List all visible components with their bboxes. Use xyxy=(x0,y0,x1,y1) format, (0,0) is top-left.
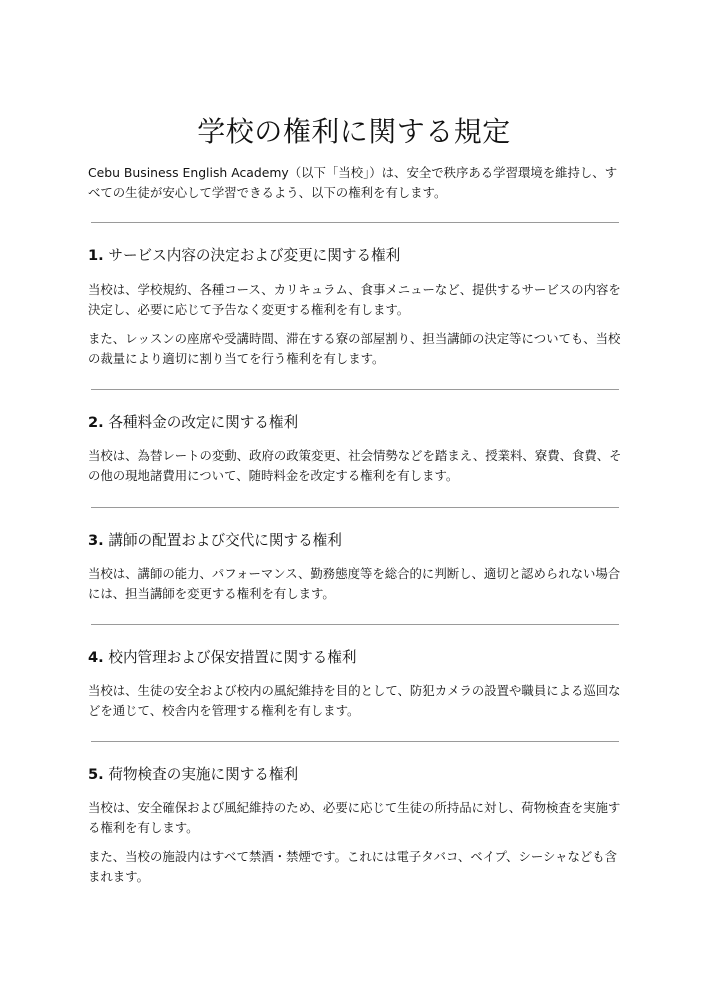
section-1-heading: 1. サービス内容の決定および変更に関する権利 xyxy=(88,245,400,267)
section-title: 講師の配置および交代に関する権利 xyxy=(108,532,342,549)
section-number: 3. xyxy=(88,532,104,549)
section-number: 5. xyxy=(88,766,104,783)
intro-paragraph: Cebu Business English Academy（以下「当校」）は、安… xyxy=(88,163,628,203)
divider xyxy=(91,389,619,390)
section-title: 校内管理および保安措置に関する権利 xyxy=(108,649,356,666)
section-4-paragraph-1: 当校は、生徒の安全および校内の風紀維持を目的として、防犯カメラの設置や職員による… xyxy=(88,681,628,721)
section-2-paragraph-1: 当校は、為替レートの変動、政府の政策変更、社会情勢などを踏まえ、授業料、寮費、食… xyxy=(88,446,628,486)
divider xyxy=(91,741,619,742)
section-number: 1. xyxy=(88,247,104,264)
section-title: 各種料金の改定に関する権利 xyxy=(108,414,298,431)
section-2-heading: 2. 各種料金の改定に関する権利 xyxy=(88,412,298,434)
section-5-paragraph-2: また、当校の施設内はすべて禁酒・禁煙です。これには電子タバコ、ベイプ、シーシャな… xyxy=(88,847,628,887)
section-title: 荷物検査の実施に関する権利 xyxy=(108,766,298,783)
divider xyxy=(91,222,619,223)
section-number: 2. xyxy=(88,414,104,431)
section-title: サービス内容の決定および変更に関する権利 xyxy=(108,247,400,264)
section-3-heading: 3. 講師の配置および交代に関する権利 xyxy=(88,530,342,552)
page-title: 学校の権利に関する規定 xyxy=(88,112,620,152)
section-1-paragraph-2: また、レッスンの座席や受講時間、滞在する寮の部屋割り、担当講師の決定等についても… xyxy=(88,329,628,369)
section-1-paragraph-1: 当校は、学校規約、各種コース、カリキュラム、食事メニューなど、提供するサービスの… xyxy=(88,280,628,320)
section-number: 4. xyxy=(88,649,104,666)
section-3-paragraph-1: 当校は、講師の能力、パフォーマンス、勤務態度等を総合的に判断し、適切と認められな… xyxy=(88,564,628,604)
divider xyxy=(91,507,619,508)
section-5-paragraph-1: 当校は、安全確保および風紀維持のため、必要に応じて生徒の所持品に対し、荷物検査を… xyxy=(88,798,628,838)
section-5-heading: 5. 荷物検査の実施に関する権利 xyxy=(88,764,298,786)
section-4-heading: 4. 校内管理および保安措置に関する権利 xyxy=(88,647,356,669)
divider xyxy=(91,624,619,625)
